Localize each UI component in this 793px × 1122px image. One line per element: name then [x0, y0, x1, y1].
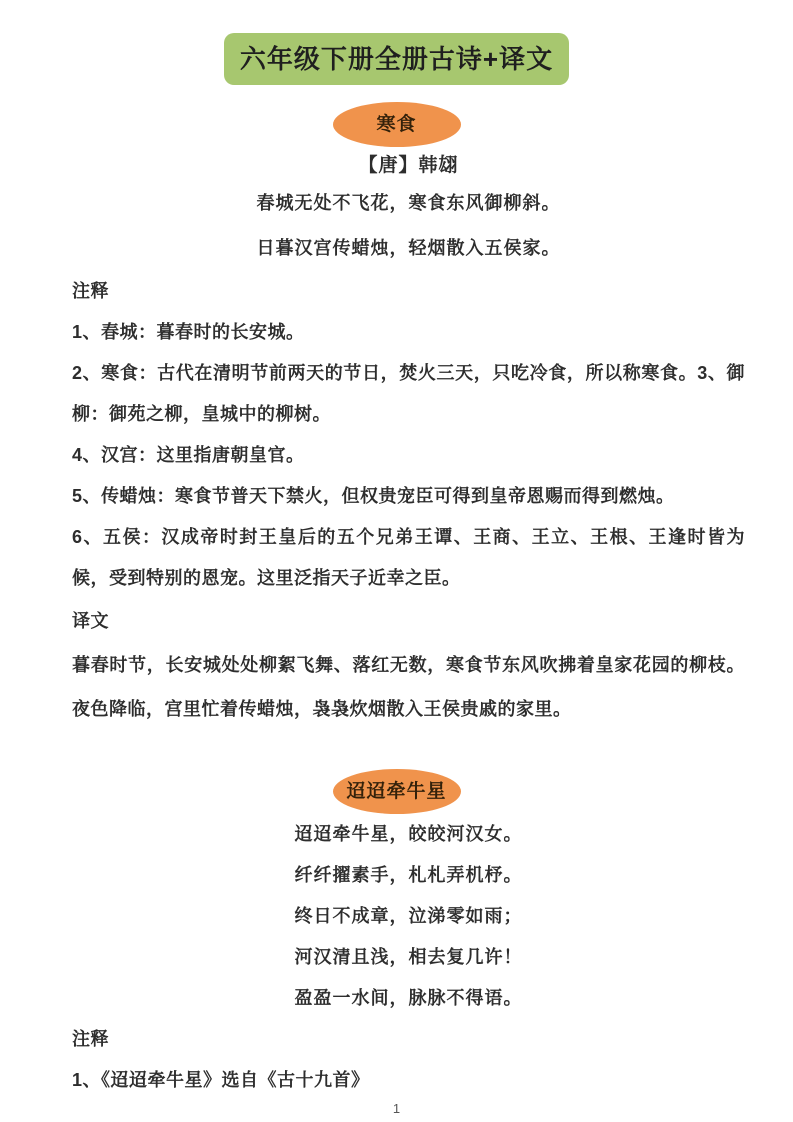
page-title: 六年级下册全册古诗+译文: [224, 33, 569, 85]
poem2-body: 迢迢牵牛星，皎皎河汉女。 纤纤擢素手，札札弄机杼。 终日不成章，泣涕零如雨； 河…: [72, 814, 745, 1019]
poem1-notes: 注释 1、春城：暮春时的长安城。 2、寒食：古代在清明节前两天的节日，焚火三天，…: [72, 271, 745, 599]
poem2-notes: 注释 1、《迢迢牵牛星》选自《古十九首》: [72, 1019, 745, 1101]
translation-heading: 译文: [72, 599, 745, 643]
note-item: 2、寒食：古代在清明节前两天的节日，焚火三天，只吃冷食，所以称寒食。3、御柳：御…: [72, 353, 745, 435]
poem2-badge-row: 迢迢牵牛星: [0, 769, 793, 814]
note-item: 5、传蜡烛：寒食节普天下禁火，但权贵宠臣可得到皇帝恩赐而得到燃烛。: [72, 476, 745, 517]
poem1-translation: 译文 暮春时节，长安城处处柳絮飞舞、落红无数，寒食节东风吹拂着皇家花园的柳枝。夜…: [72, 599, 745, 731]
poem2-title-badge: 迢迢牵牛星: [333, 769, 461, 814]
note-item: 1、《迢迢牵牛星》选自《古十九首》: [72, 1060, 745, 1101]
document-page: 六年级下册全册古诗+译文 寒食 【唐】韩翃 春城无处不飞花，寒食东风御柳斜。 日…: [0, 0, 793, 1122]
note-item: 1、春城：暮春时的长安城。: [72, 312, 745, 353]
poem2-line: 河汉清且浅，相去复几许！: [72, 937, 745, 978]
poem1-line: 日暮汉宫传蜡烛，轻烟散入五侯家。: [72, 226, 745, 271]
poem1-title-badge: 寒食: [333, 102, 461, 147]
translation-paragraph: 暮春时节，长安城处处柳絮飞舞、落红无数，寒食节东风吹拂着皇家花园的柳枝。夜色降临…: [72, 643, 745, 731]
poem1-body: 春城无处不飞花，寒食东风御柳斜。 日暮汉宫传蜡烛，轻烟散入五侯家。: [72, 181, 745, 271]
poem1-badge-row: 寒食: [0, 102, 793, 147]
note-item: 4、汉宫：这里指唐朝皇官。: [72, 435, 745, 476]
page-number: 1: [0, 1101, 793, 1116]
poem1-author: 【唐】韩翃: [72, 151, 745, 181]
note-item: 6、五侯：汉成帝时封王皇后的五个兄弟王谭、王商、王立、王根、王逢时皆为候，受到特…: [72, 517, 745, 599]
notes-heading: 注释: [72, 1019, 745, 1060]
poem2-line: 纤纤擢素手，札札弄机杼。: [72, 855, 745, 896]
title-row: 六年级下册全册古诗+译文: [0, 33, 793, 85]
poem1-line: 春城无处不飞花，寒食东风御柳斜。: [72, 181, 745, 226]
poem2-line: 迢迢牵牛星，皎皎河汉女。: [72, 814, 745, 855]
notes-heading: 注释: [72, 271, 745, 312]
poem2-line: 盈盈一水间，脉脉不得语。: [72, 978, 745, 1019]
poem2-line: 终日不成章，泣涕零如雨；: [72, 896, 745, 937]
